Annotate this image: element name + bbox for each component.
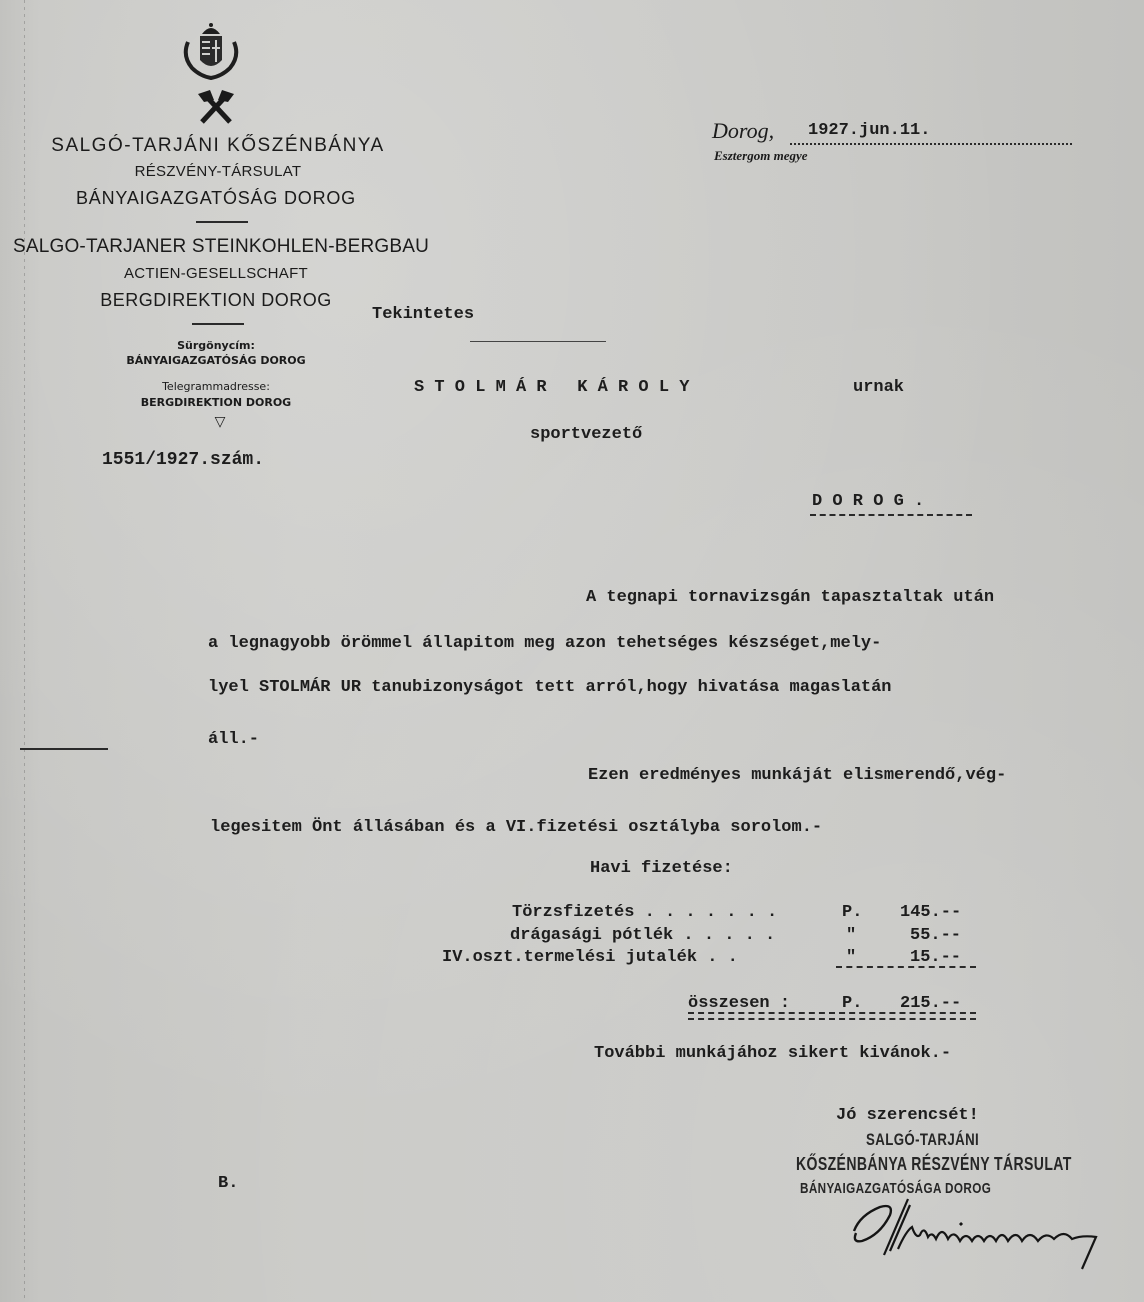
dateline-county: Esztergom megye (714, 148, 808, 164)
letterhead-divider (196, 221, 248, 223)
margin-mark (20, 748, 108, 750)
salary-row-1-currency: P. (842, 903, 862, 922)
signature-icon (850, 1195, 1110, 1285)
letter-page: SALGÓ-TARJÁNI KŐSZÉNBÁNYA RÉSZVÉNY-TÁRSU… (0, 0, 1144, 1302)
salary-subtotal-line (836, 966, 976, 968)
body-line-5: Ezen eredményes munkáját elismerendő,vég… (588, 766, 1006, 785)
salary-total-label: összesen : (688, 994, 790, 1013)
recipient-title: sportvezető (530, 425, 642, 444)
salary-row-2-currency: " (846, 926, 856, 945)
dateline-date: 1927.jun.11. (808, 121, 930, 140)
directorate-de: BERGDIREKTION DOROG (0, 290, 432, 311)
salutation: Tekintetes (372, 305, 474, 324)
telegram-address-hu: BÁNYAIGAZGATÓSÁG DOROG (0, 354, 432, 367)
closing-greeting: Jó szerencsét! (836, 1106, 979, 1125)
dateline-dots (790, 143, 1072, 145)
typist-initial: B. (218, 1174, 238, 1193)
salary-row-2-amount: 55.-- (910, 926, 961, 945)
recipient-honorific: urnak (853, 378, 904, 397)
company-name-de-text: SALGO-TARJANER STEINKOHLEN-BERGBAU (13, 236, 429, 257)
salary-total-currency: P. (842, 994, 862, 1013)
salary-row-3-label: IV.oszt.termelési jutalék . . (442, 948, 738, 967)
closing-wish: További munkájához sikert kivánok.- (594, 1044, 951, 1063)
letterhead-divider-2 (192, 323, 244, 325)
triangle-marker-icon: ▽ (0, 414, 440, 430)
salary-row-1-label: Törzsfizetés . . . . . . . (512, 903, 777, 922)
city-underline (810, 514, 972, 516)
salary-row-1-amount: 145.-- (900, 903, 961, 922)
salary-total-line-1 (688, 1012, 976, 1014)
salutation-underline (470, 341, 606, 342)
body-line-2: a legnagyobb örömmel állapitom meg azon … (208, 634, 881, 653)
salary-row-2-label: drágasági pótlék . . . . . (510, 926, 775, 945)
stamp-line-1: SALGÓ-TARJÁNI (866, 1130, 979, 1150)
telegram-label-de: Telegrammadresse: (0, 380, 432, 393)
company-name-hu: SALGÓ-TARJÁNI KŐSZÉNBÁNYA (8, 135, 428, 157)
stamp-line-2: KŐSZÉNBÁNYA RÉSZVÉNY TÁRSULAT (796, 1154, 1072, 1175)
directorate-hu: BÁNYAIGAZGATÓSÁG DOROG (0, 188, 432, 209)
telegram-label-hu: Sürgönycím: (0, 339, 432, 352)
salary-total-line-2 (688, 1018, 976, 1020)
recipient-city: D O R O G . (812, 492, 924, 511)
coat-of-arms-icon (180, 22, 242, 80)
body-line-4: áll.- (208, 730, 259, 749)
body-line-6: legesitem Önt állásában és a VI.fizetési… (210, 818, 822, 837)
body-line-3: lyel STOLMÁR UR tanubizonyságot tett arr… (208, 678, 892, 697)
salary-total-amount: 215.-- (900, 994, 961, 1013)
recipient-name: S T O L M Á R K Á R O L Y (414, 378, 689, 397)
dateline-place: Dorog, (712, 118, 774, 144)
company-type-de: ACTIEN-GESELLSCHAFT (0, 265, 432, 282)
body-line-1: A tegnapi tornavizsgán tapasztaltak után (586, 588, 994, 607)
company-type-hu: RÉSZVÉNY-TÁRSULAT (8, 163, 428, 180)
reference-number: 1551/1927.szám. (102, 450, 264, 470)
salary-heading: Havi fizetése: (590, 859, 733, 878)
crossed-hammers-icon (196, 88, 236, 124)
company-name-de: SALGO-TARJANER STEINKOHLEN-BERGBAU (0, 236, 450, 258)
salary-row-3-amount: 15.-- (910, 948, 961, 967)
salary-row-3-currency: " (846, 948, 856, 967)
telegram-address-de: BERGDIREKTION DOROG (0, 396, 432, 409)
